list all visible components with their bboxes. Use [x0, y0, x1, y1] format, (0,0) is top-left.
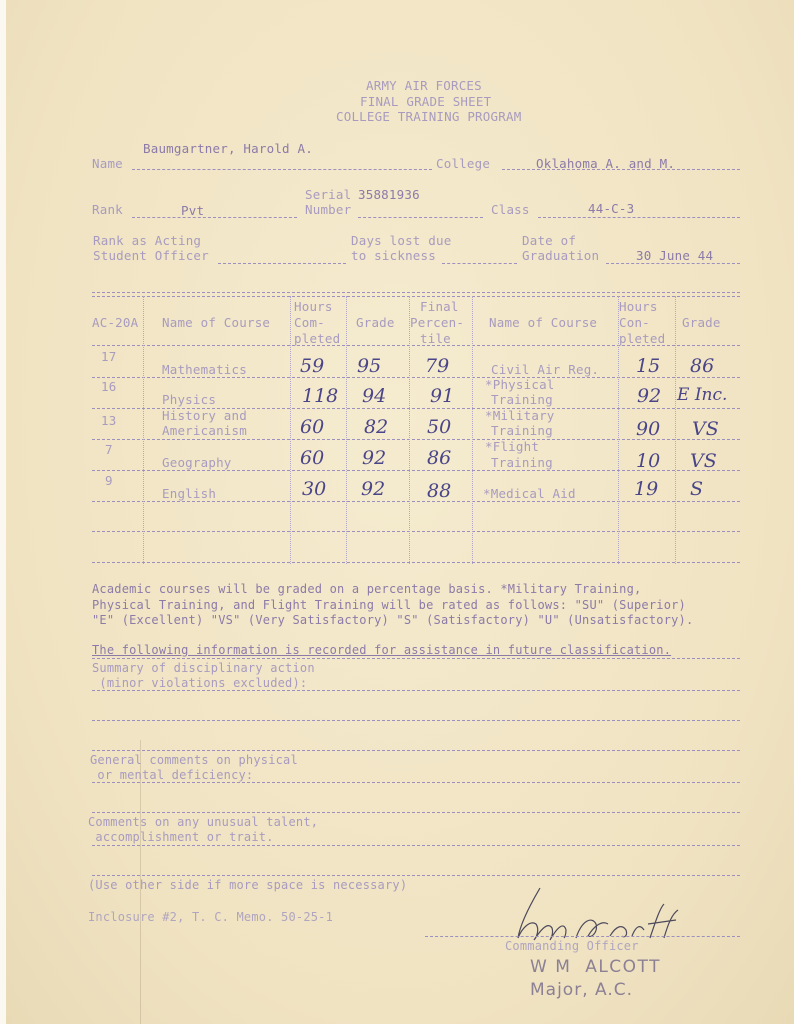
col-header-code: AC-20A — [92, 315, 138, 330]
table-top-rule — [92, 292, 740, 293]
row-percentile: 91 — [430, 385, 454, 407]
col-header-hours-1: Hours — [294, 299, 333, 314]
acting-label-1: Rank as Acting — [93, 233, 201, 248]
rank-line — [132, 217, 297, 218]
deficiency-line-1 — [92, 782, 740, 783]
row-code: 7 — [105, 442, 113, 457]
talent-line-2 — [92, 875, 740, 876]
stamp-name: W M ALCOTT — [530, 957, 661, 977]
row-course2: *Medical Aid — [483, 486, 576, 501]
deficiency-label-1: General comments on physical — [90, 753, 298, 767]
college-label: College — [436, 156, 490, 171]
row-grade2: E Inc. — [677, 385, 727, 405]
signature-title: Commanding Officer — [505, 939, 639, 953]
graduation-label-2: Graduation — [522, 248, 599, 263]
row-course2: Training — [491, 392, 553, 407]
days-lost-label-1: Days lost due — [351, 233, 451, 248]
col-header-hours2-3: pleted — [619, 331, 665, 346]
acting-line — [218, 263, 346, 264]
row-hours: 30 — [302, 478, 326, 500]
disciplinary-line-2 — [92, 720, 740, 721]
days-lost-label-2: to sickness — [351, 248, 436, 263]
row-course: Mathematics — [162, 362, 247, 377]
row-hours2: 19 — [634, 478, 658, 500]
graduation-line — [606, 263, 740, 264]
row-hours: 59 — [300, 355, 324, 377]
name-label: Name — [92, 156, 123, 171]
rank-value: Pvt — [181, 203, 204, 218]
row-course2: Civil Air Reg. — [491, 362, 599, 377]
col-separator — [409, 296, 410, 564]
row-code: 17 — [101, 349, 116, 364]
classification-rule — [92, 658, 740, 659]
col-separator — [346, 296, 347, 564]
deficiency-top-line — [92, 750, 740, 751]
row-divider — [92, 531, 740, 532]
row-percentile: 88 — [427, 480, 451, 502]
row-course: Geography — [162, 455, 232, 470]
other-side-note: (Use other side if more space is necessa… — [88, 878, 407, 892]
row-course2-line1: *Physical — [485, 377, 555, 392]
row-hours: 118 — [302, 385, 338, 407]
disciplinary-label-1: Summary of disciplinary action — [92, 661, 315, 675]
row-divider — [92, 377, 740, 378]
row-hours2: 10 — [636, 450, 660, 472]
graduation-label-1: Date of — [522, 233, 576, 248]
row-course: Americanism — [162, 423, 247, 438]
row-code: 9 — [105, 473, 113, 488]
class-label: Class — [491, 202, 530, 217]
row-course2-line1: *Flight — [485, 439, 539, 454]
notes-line-1: Academic courses will be graded on a per… — [92, 582, 641, 596]
row-hours: 60 — [300, 416, 324, 438]
graduation-value: 30 June 44 — [636, 248, 713, 263]
col-header-pct-3: tile — [420, 331, 451, 346]
college-line — [502, 169, 740, 170]
col-separator — [618, 296, 619, 564]
table-top-rule-2 — [92, 296, 740, 297]
disciplinary-label-2: (minor violations excluded): — [92, 676, 307, 690]
col-header-hours-3: pleted — [294, 331, 340, 346]
talent-line-1 — [92, 845, 740, 846]
row-divider — [92, 470, 740, 471]
deficiency-line-2 — [92, 812, 740, 813]
row-grade2: 86 — [690, 355, 714, 377]
col-separator — [290, 296, 291, 564]
row-grade2: S — [690, 478, 703, 500]
row-course2: Training — [491, 423, 553, 438]
row-hours: 60 — [300, 447, 324, 469]
row-code: 13 — [101, 413, 116, 428]
row-course2-line1: *Military — [485, 408, 555, 423]
header-line-2: FINAL GRADE SHEET — [360, 94, 491, 109]
class-value: 44-C-3 — [588, 201, 634, 216]
paper-edge — [0, 0, 6, 1024]
row-course: English — [162, 486, 216, 501]
days-lost-line — [442, 263, 517, 264]
col-separator — [472, 296, 473, 564]
header-line-3: COLLEGE TRAINING PROGRAM — [336, 109, 521, 124]
name-line — [132, 169, 432, 170]
talent-label-1: Comments on any unusual talent, — [88, 815, 318, 829]
header-bottom-rule — [92, 345, 740, 346]
row-grade: 82 — [364, 416, 388, 438]
notes-line-3: "E" (Excellent) "VS" (Very Satisfactory)… — [92, 613, 693, 627]
disciplinary-line-1 — [92, 690, 740, 691]
inclosure-note: Inclosure #2, T. C. Memo. 50-25-1 — [88, 910, 333, 924]
row-percentile: 50 — [427, 416, 451, 438]
row-divider — [92, 439, 740, 440]
signature-line — [425, 936, 740, 937]
col-separator — [675, 296, 676, 564]
row-course-line1: History and — [162, 408, 247, 423]
notes-line-2: Physical Training, and Flight Training w… — [92, 598, 686, 612]
serial-label-2: Number — [305, 202, 351, 217]
col-header-grade: Grade — [356, 315, 395, 330]
row-percentile: 86 — [427, 447, 451, 469]
row-divider — [92, 562, 740, 563]
col-header-course2: Name of Course — [489, 315, 597, 330]
rank-label: Rank — [92, 202, 123, 217]
col-header-hours-2: Com- — [294, 315, 325, 330]
col-header-grade2: Grade — [682, 315, 721, 330]
col-header-course: Name of Course — [162, 315, 270, 330]
acting-label-2: Student Officer — [93, 248, 209, 263]
stamp-rank: Major, A.C. — [530, 980, 633, 1000]
col-header-pct-2: Percen- — [410, 315, 464, 330]
row-grade2: VS — [692, 418, 719, 440]
deficiency-label-2: or mental deficiency: — [90, 768, 253, 782]
row-course2: Training — [491, 455, 553, 470]
name-value: Baumgartner, Harold A. — [143, 141, 313, 156]
row-grade: 92 — [361, 478, 385, 500]
row-course: Physics — [162, 392, 216, 407]
row-divider — [92, 501, 740, 502]
row-grade: 95 — [357, 355, 381, 377]
col-separator — [143, 296, 144, 564]
row-grade: 92 — [362, 447, 386, 469]
row-hours2: 90 — [636, 418, 660, 440]
talent-label-2: accomplishment or trait. — [88, 830, 274, 844]
header-line-1: ARMY AIR FORCES — [366, 78, 482, 93]
row-grade2: VS — [690, 450, 717, 472]
serial-value: 35881936 — [358, 187, 420, 202]
row-code: 16 — [101, 379, 116, 394]
col-header-hours2-2: Con- — [619, 315, 650, 330]
class-line — [538, 217, 740, 218]
row-hours2: 15 — [636, 355, 660, 377]
row-hours2: 92 — [637, 385, 661, 407]
serial-line — [358, 217, 483, 218]
classification-intro: The following information is recorded fo… — [92, 643, 671, 657]
col-header-hours2-1: Hours — [619, 299, 658, 314]
row-percentile: 79 — [425, 355, 449, 377]
col-header-pct-1: Final — [420, 299, 459, 314]
row-grade: 94 — [362, 385, 386, 407]
serial-label-1: Serial — [305, 187, 351, 202]
